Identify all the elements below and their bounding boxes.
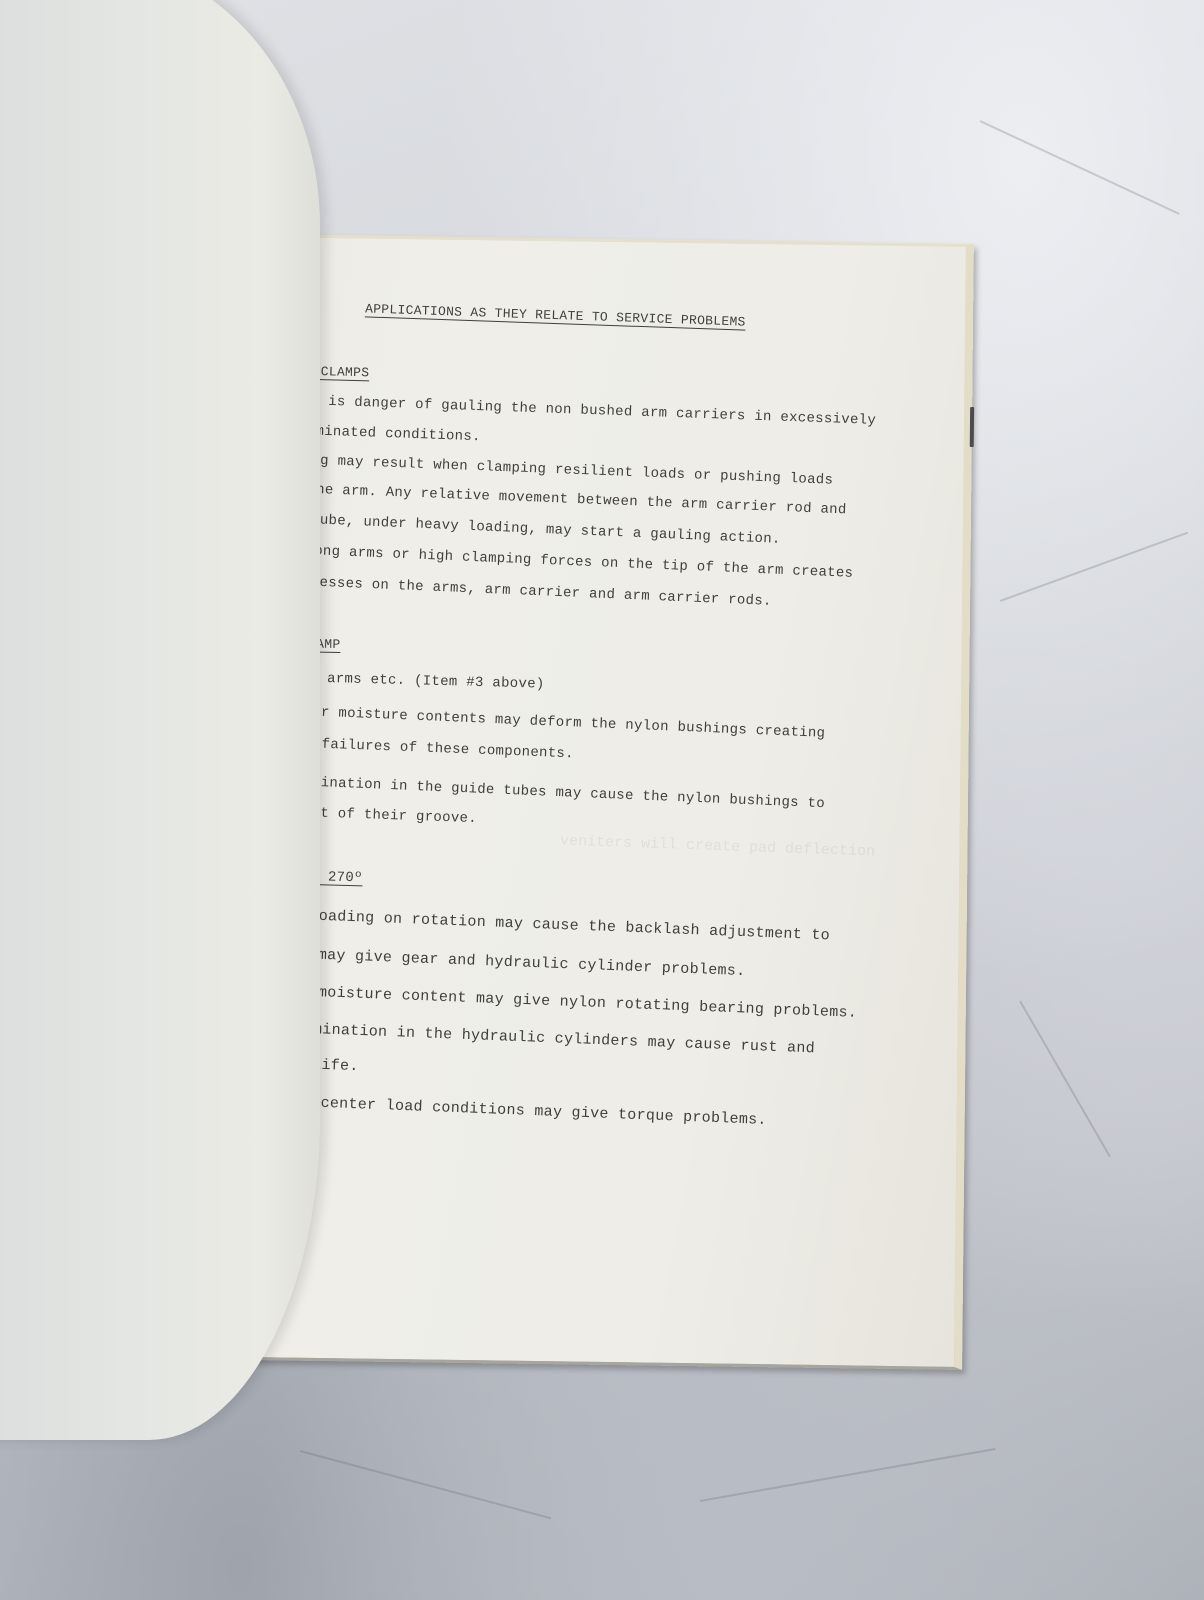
text-line: There is danger of gauling the non bushe… <box>276 392 877 429</box>
text-line: high stresses on the arms, arm carrier a… <box>250 572 772 610</box>
facing-page-curl <box>0 0 320 1440</box>
showthrough-text: veniters will create pad deflection <box>560 833 875 861</box>
page-title: APPLICATIONS AS THEY RELATE TO SERVICE P… <box>365 301 746 329</box>
text-line: guide tube, under heavy loading, may sta… <box>259 510 781 548</box>
